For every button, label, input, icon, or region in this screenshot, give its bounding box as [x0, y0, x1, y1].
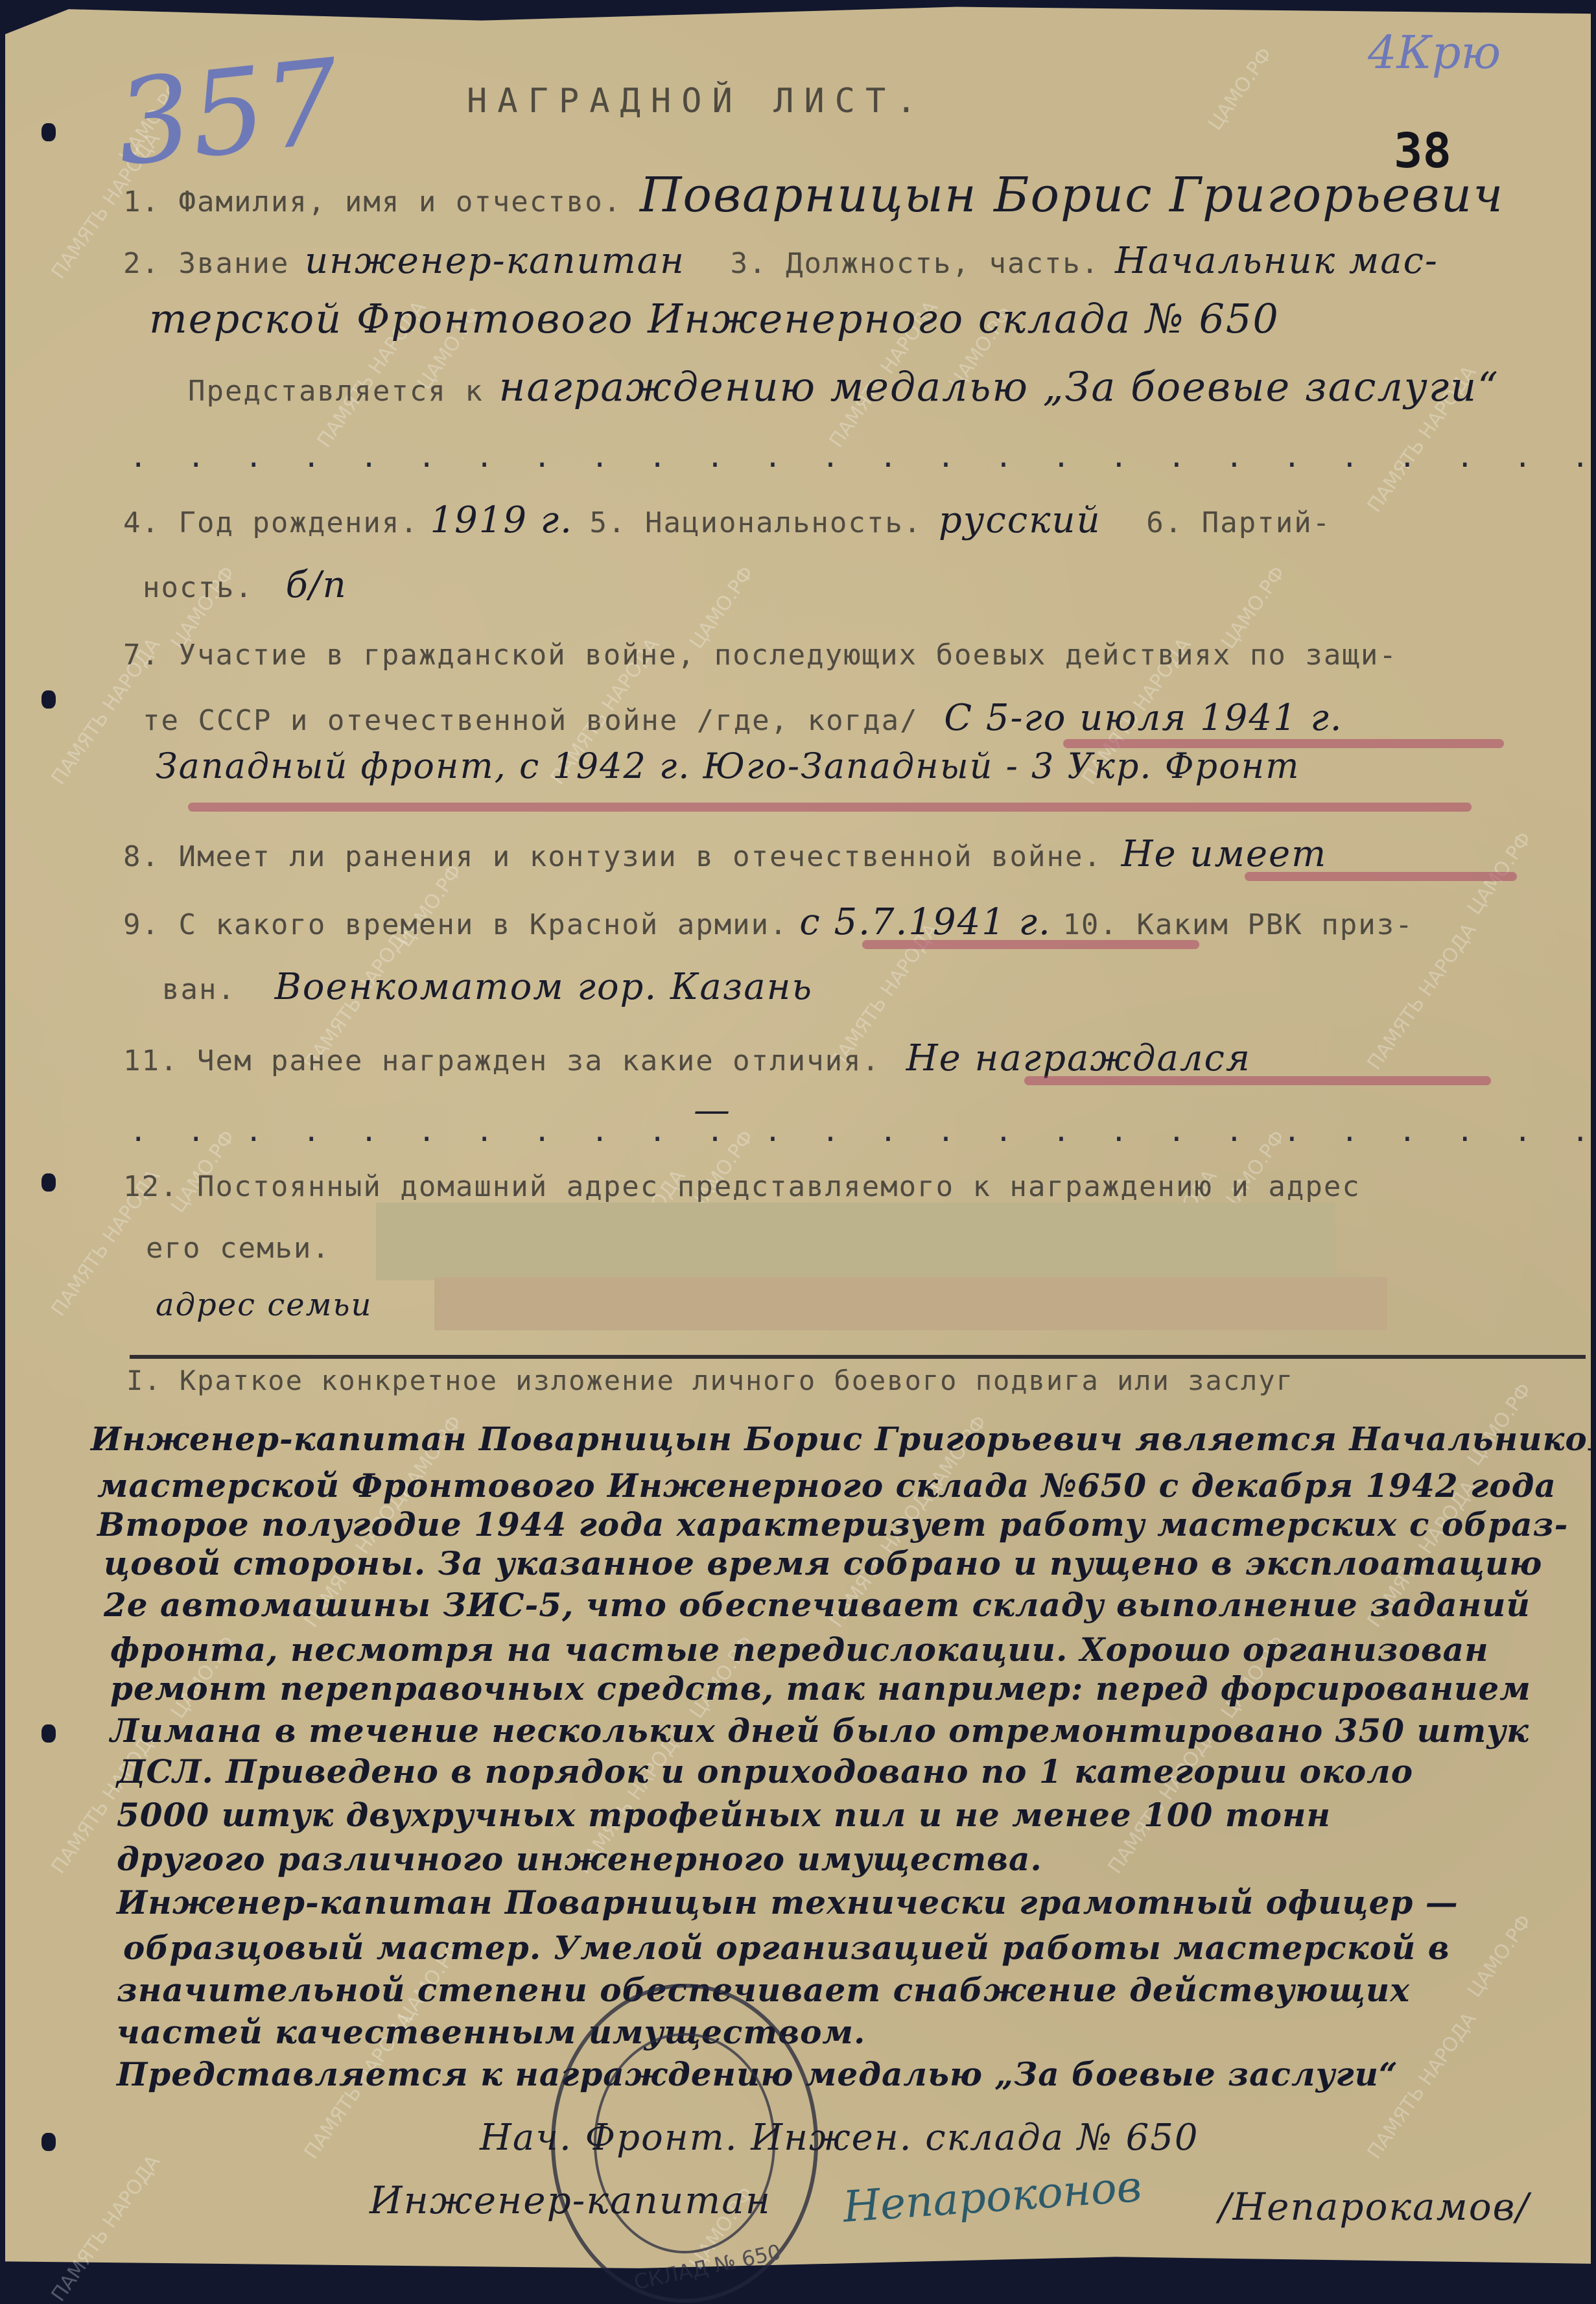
field-4-5-6-row: 4. Год рождения. 1919 г. 5. Национальнос… — [123, 499, 1596, 541]
narrative-line: 2е автомашины ЗИС-5, что обеспечивает ск… — [104, 1586, 1596, 1624]
narrative-line: мастерской Фронтового Инженерного склада… — [97, 1466, 1596, 1505]
field-10-value: Военкоматом гор. Казань — [275, 966, 813, 1008]
signature-position: Нач. Фронт. Инжен. склада № 650 — [480, 2117, 1596, 2159]
field-1-row: 1. Фамилия, имя и отчество. Поварницын Б… — [123, 167, 1596, 223]
narrative-line: значительной степени обеспечивает снабже… — [117, 1971, 1596, 2009]
narrative-line: Лимана в течение нескольких дней было от… — [110, 1711, 1596, 1750]
field-9-label: 9. С какого времени в Красной армии. — [123, 908, 788, 941]
punch-hole — [41, 1724, 56, 1743]
punch-hole — [41, 2133, 56, 2151]
field-8-value: Не имеет — [1121, 833, 1328, 875]
field-3-cont-row: терской Фронтового Инженерного склада № … — [149, 295, 1596, 342]
field-2-label: 2. Звание — [123, 247, 289, 280]
nomination-value: награждению медалью „За боевые заслуги“ — [499, 363, 1499, 410]
punch-hole — [41, 1173, 56, 1192]
redacted-family-address — [434, 1277, 1387, 1330]
narrative-line: частей качественным имуществом. — [117, 2013, 1596, 2051]
dotted-line: . . . . . . . . . . . . . . . . . . . . … — [130, 1115, 1596, 1148]
red-pencil-underline — [862, 940, 1199, 949]
narrative-line: ремонт переправочных средств, так наприм… — [110, 1669, 1596, 1708]
corner-note: 4Крю — [1368, 26, 1501, 79]
field-5-label: 5. Национальность. — [590, 506, 922, 539]
narrative-line: фронта, несмотря на частые передислокаци… — [110, 1630, 1596, 1669]
field-11-row: 11. Чем ранее награжден за какие отличия… — [123, 1037, 1596, 1079]
narrative-line: Второе полугодие 1944 года характеризует… — [97, 1505, 1596, 1544]
punch-hole — [41, 690, 56, 709]
field-8-label: 8. Имеет ли ранения и контузии в отечест… — [123, 840, 1102, 873]
field-10-label-2: ван. — [162, 973, 236, 1006]
signature-name: /Непарокамов/ — [1219, 2185, 1596, 2229]
narrative-line: образцовый мастер. Умелой организацией р… — [123, 1929, 1596, 1967]
narrative-line: ДСЛ. Приведено в порядок и оприходовано … — [117, 1752, 1596, 1791]
narrative-line: Инженер-капитан Поварницын технически гр… — [117, 1883, 1596, 1922]
field-6-row: ность. б/п — [143, 564, 1596, 606]
narrative-line: Представляется к награждению медалью „За… — [117, 2055, 1596, 2093]
field-4-label: 4. Год рождения. — [123, 506, 419, 539]
field-2-3-row: 2. Звание инженер-капитан 3. Должность, … — [123, 240, 1596, 282]
narrative-line: Инженер-капитан Поварницын Борис Григорь… — [91, 1420, 1596, 1458]
field-2-value: инженер-капитан — [305, 240, 685, 282]
section-divider — [130, 1355, 1586, 1359]
field-12-label-1: 12. Постоянный домашний адрес представля… — [123, 1170, 1596, 1203]
field-7-row: те СССР и отечественной войне /где, когд… — [143, 697, 1596, 739]
field-3-value-2: терской Фронтового Инженерного склада № … — [149, 295, 1280, 342]
field-7-value-1: С 5-го июля 1941 г. — [944, 697, 1343, 739]
red-pencil-underline — [1024, 1076, 1491, 1085]
field-1-value: Поварницын Борис Григорьевич — [640, 167, 1504, 223]
field-6-label-2: ность. — [143, 571, 253, 604]
narrative-line: цовой стороны. За указанное время собран… — [104, 1544, 1596, 1582]
narrative-line: другого различного инженерного имущества… — [117, 1840, 1596, 1878]
dotted-line: . . . . . . . . . . . . . . . . . . . . … — [130, 441, 1596, 474]
document-title: НАГРАДНОЙ ЛИСТ. — [467, 82, 1596, 121]
section-header: I. Краткое конкретное изложение личного … — [126, 1365, 1596, 1396]
field-12-label-2: его семьи. — [146, 1232, 331, 1265]
field-4-value: 1919 г. — [430, 499, 572, 541]
red-pencil-underline — [188, 803, 1472, 812]
field-10-row: ван. Военкоматом гор. Казань — [162, 966, 1596, 1008]
field-6-label-1: 6. Партий- — [1146, 506, 1331, 539]
field-1-label: 1. Фамилия, имя и отчество. — [123, 185, 622, 218]
field-11-value: Не награждался — [906, 1037, 1251, 1079]
red-pencil-underline — [1245, 872, 1517, 881]
field-7-cont-row: Западный фронт, с 1942 г. Юго-Западный -… — [156, 746, 1596, 786]
field-3-value-1: Начальник мас- — [1115, 240, 1438, 282]
field-8-row: 8. Имеет ли ранения и контузии в отечест… — [123, 833, 1596, 875]
field-6-value: б/п — [286, 564, 347, 606]
field-7-value-2: Западный фронт, с 1942 г. Юго-Западный -… — [156, 746, 1300, 786]
field-5-value: русский — [939, 499, 1101, 541]
field-12-family-label: адрес семьи — [156, 1287, 372, 1323]
field-7-label-2: те СССР и отечественной войне /где, когд… — [143, 704, 919, 737]
field-9-value: с 5.7.1941 г. — [799, 901, 1051, 943]
field-7-label-1: 7. Участие в гражданской войне, последую… — [123, 639, 1596, 672]
nomination-row: Представляется к награждению медалью „За… — [188, 363, 1596, 410]
field-9-10-row: 9. С какого времени в Красной армии. с 5… — [123, 901, 1596, 943]
nomination-label: Представляется к — [188, 375, 484, 408]
redacted-address — [376, 1203, 1335, 1280]
field-10-label-1: 10. Каким РВК приз- — [1062, 908, 1413, 941]
narrative-line: 5000 штук двухручных трофейных пил и не … — [117, 1796, 1596, 1834]
field-11-label: 11. Чем ранее награжден за какие отличия… — [123, 1044, 880, 1077]
field-3-label: 3. Должность, часть. — [731, 247, 1100, 280]
punch-hole — [41, 123, 56, 141]
